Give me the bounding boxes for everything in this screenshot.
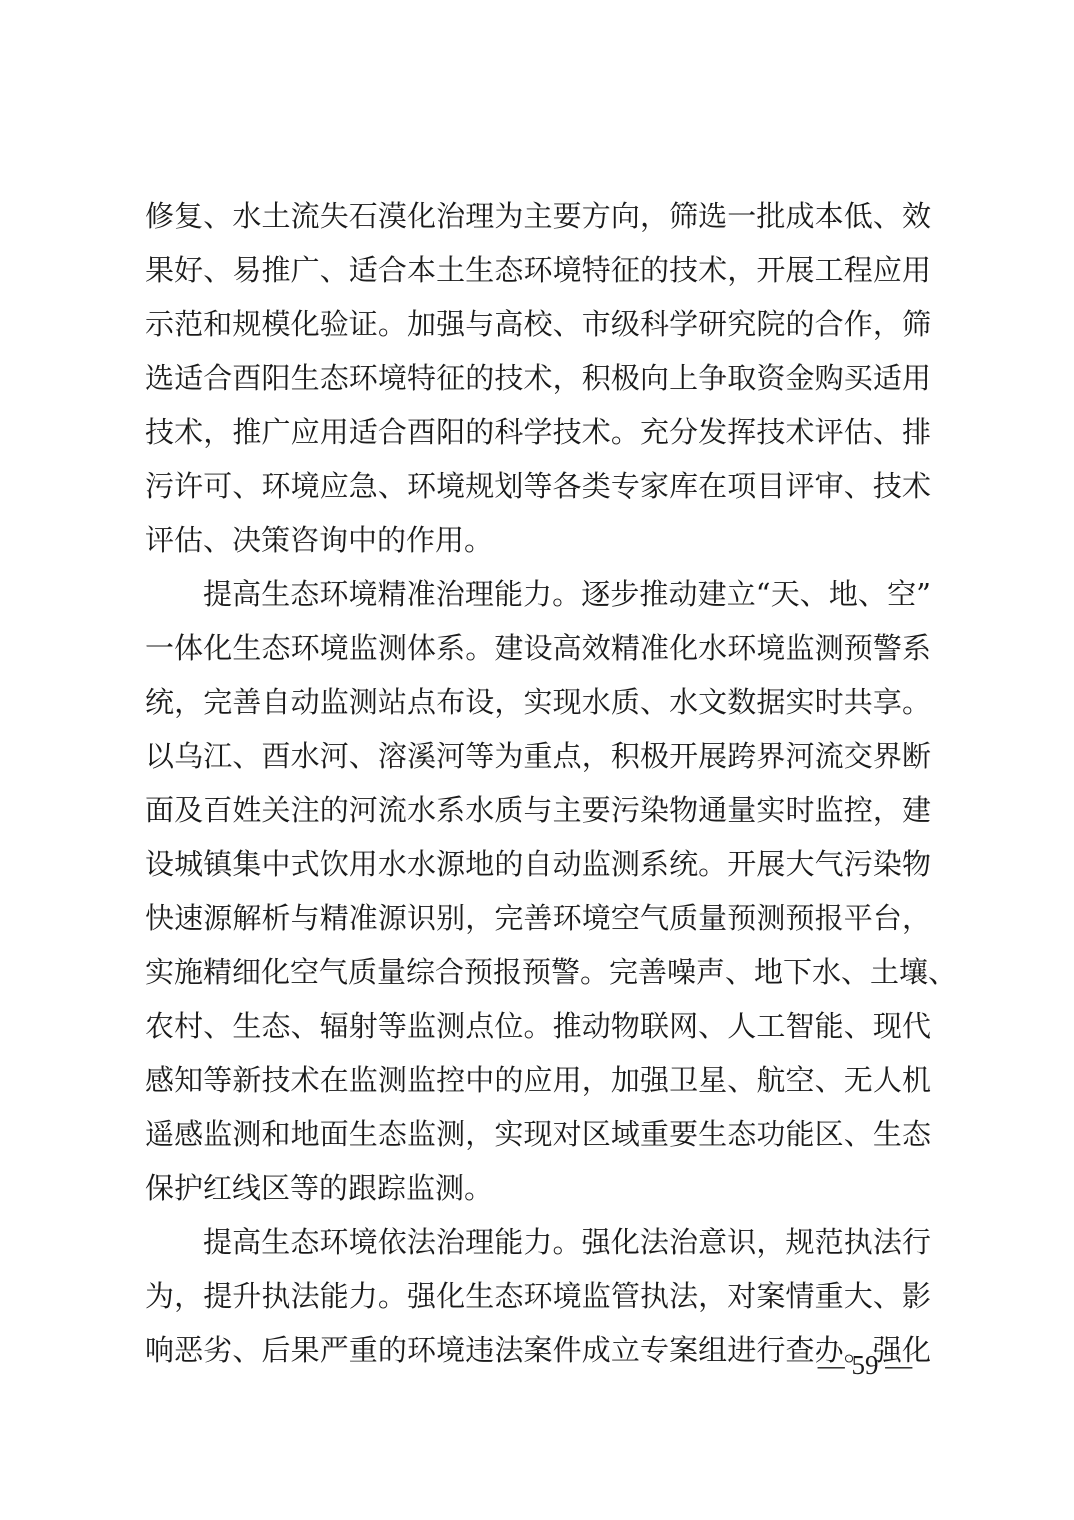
text-line-first: 提高生态环境精准治理能力。逐步推动建立“天、地、空”	[145, 567, 931, 621]
text-line: 统，完善自动监测站点布设，实现水质、水文数据实时共享。	[145, 675, 931, 729]
text-line-first: 提高生态环境依法治理能力。强化法治意识，规范执法行	[145, 1215, 931, 1269]
page-number: — 59 —	[810, 1349, 920, 1381]
text-line: 快速源解析与精准源识别，完善环境空气质量预测预报平台，	[145, 891, 931, 945]
text-line: 示范和规模化验证。加强与高校、市级科学研究院的合作，筛	[145, 297, 931, 351]
paragraph-continued: 修复、水土流失石漠化治理为主要方向，筛选一批成本低、效 果好、易推广、适合本土生…	[145, 189, 931, 567]
text-line: 选适合酉阳生态环境特征的技术，积极向上争取资金购买适用	[145, 351, 931, 405]
text-line: 农村、生态、辐射等监测点位。推动物联网、人工智能、现代	[145, 999, 931, 1053]
text-line: 技术，推广应用适合酉阳的科学技术。充分发挥技术评估、排	[145, 405, 931, 459]
text-line: 一体化生态环境监测体系。建设高效精准化水环境监测预警系	[145, 621, 931, 675]
text-line: 面及百姓关注的河流水系水质与主要污染物通量实时监控，建	[145, 783, 931, 837]
text-line: 果好、易推广、适合本土生态环境特征的技术，开展工程应用	[145, 243, 931, 297]
text-line: 设城镇集中式饮用水水源地的自动监测系统。开展大气污染物	[145, 837, 931, 891]
text-line: 实施精细化空气质量综合预报预警。完善噪声、地下水、土壤、	[145, 945, 931, 999]
text-line: 感知等新技术在监测监控中的应用，加强卫星、航空、无人机	[145, 1053, 931, 1107]
body-text: 修复、水土流失石漠化治理为主要方向，筛选一批成本低、效 果好、易推广、适合本土生…	[145, 189, 931, 1377]
paragraph-precision-governance: 提高生态环境精准治理能力。逐步推动建立“天、地、空” 一体化生态环境监测体系。建…	[145, 567, 931, 1215]
text-line: 遥感监测和地面生态监测，实现对区域重要生态功能区、生态	[145, 1107, 931, 1161]
text-line: 为，提升执法能力。强化生态环境监管执法，对案情重大、影	[145, 1269, 931, 1323]
document-page: 修复、水土流失石漠化治理为主要方向，筛选一批成本低、效 果好、易推广、适合本土生…	[0, 0, 1074, 1520]
text-line: 修复、水土流失石漠化治理为主要方向，筛选一批成本低、效	[145, 189, 931, 243]
text-line: 污许可、环境应急、环境规划等各类专家库在项目评审、技术	[145, 459, 931, 513]
text-line: 以乌江、酉水河、溶溪河等为重点，积极开展跨界河流交界断	[145, 729, 931, 783]
text-line: 评估、决策咨询中的作用。	[145, 513, 931, 567]
text-line: 保护红线区等的跟踪监测。	[145, 1161, 931, 1215]
